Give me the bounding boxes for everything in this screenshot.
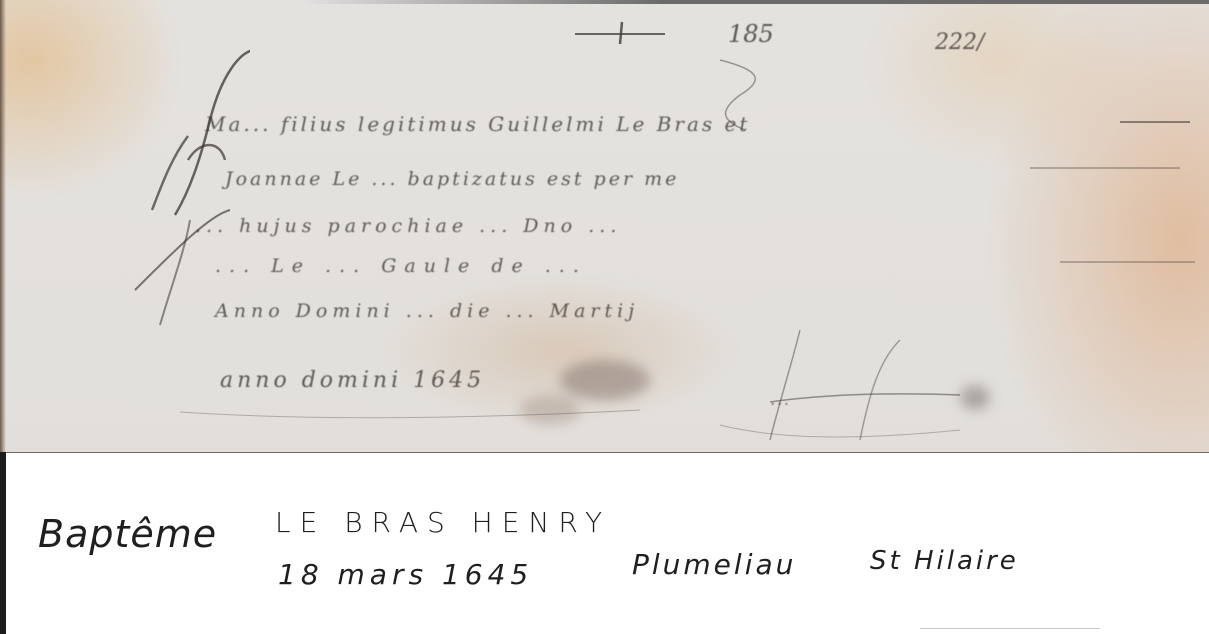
document-scan: 185 222/ Ma... filius legitimus Guillelm… [0,0,1209,634]
annotation-chapel: St Hilaire [870,546,1019,576]
signature: ... [770,390,791,410]
manuscript-rules [0,0,1209,452]
scan-artifact-line [920,628,1100,629]
scan-edge-shadow [0,452,6,634]
manuscript-page: 185 222/ Ma... filius legitimus Guillelm… [0,0,1209,453]
annotation-date: 18 mars 1645 [278,558,533,591]
annotation-parish: Plumeliau [632,548,796,581]
annotation-name: LE BRAS HENRY [275,506,611,539]
annotation-label: Baptême [38,512,217,556]
